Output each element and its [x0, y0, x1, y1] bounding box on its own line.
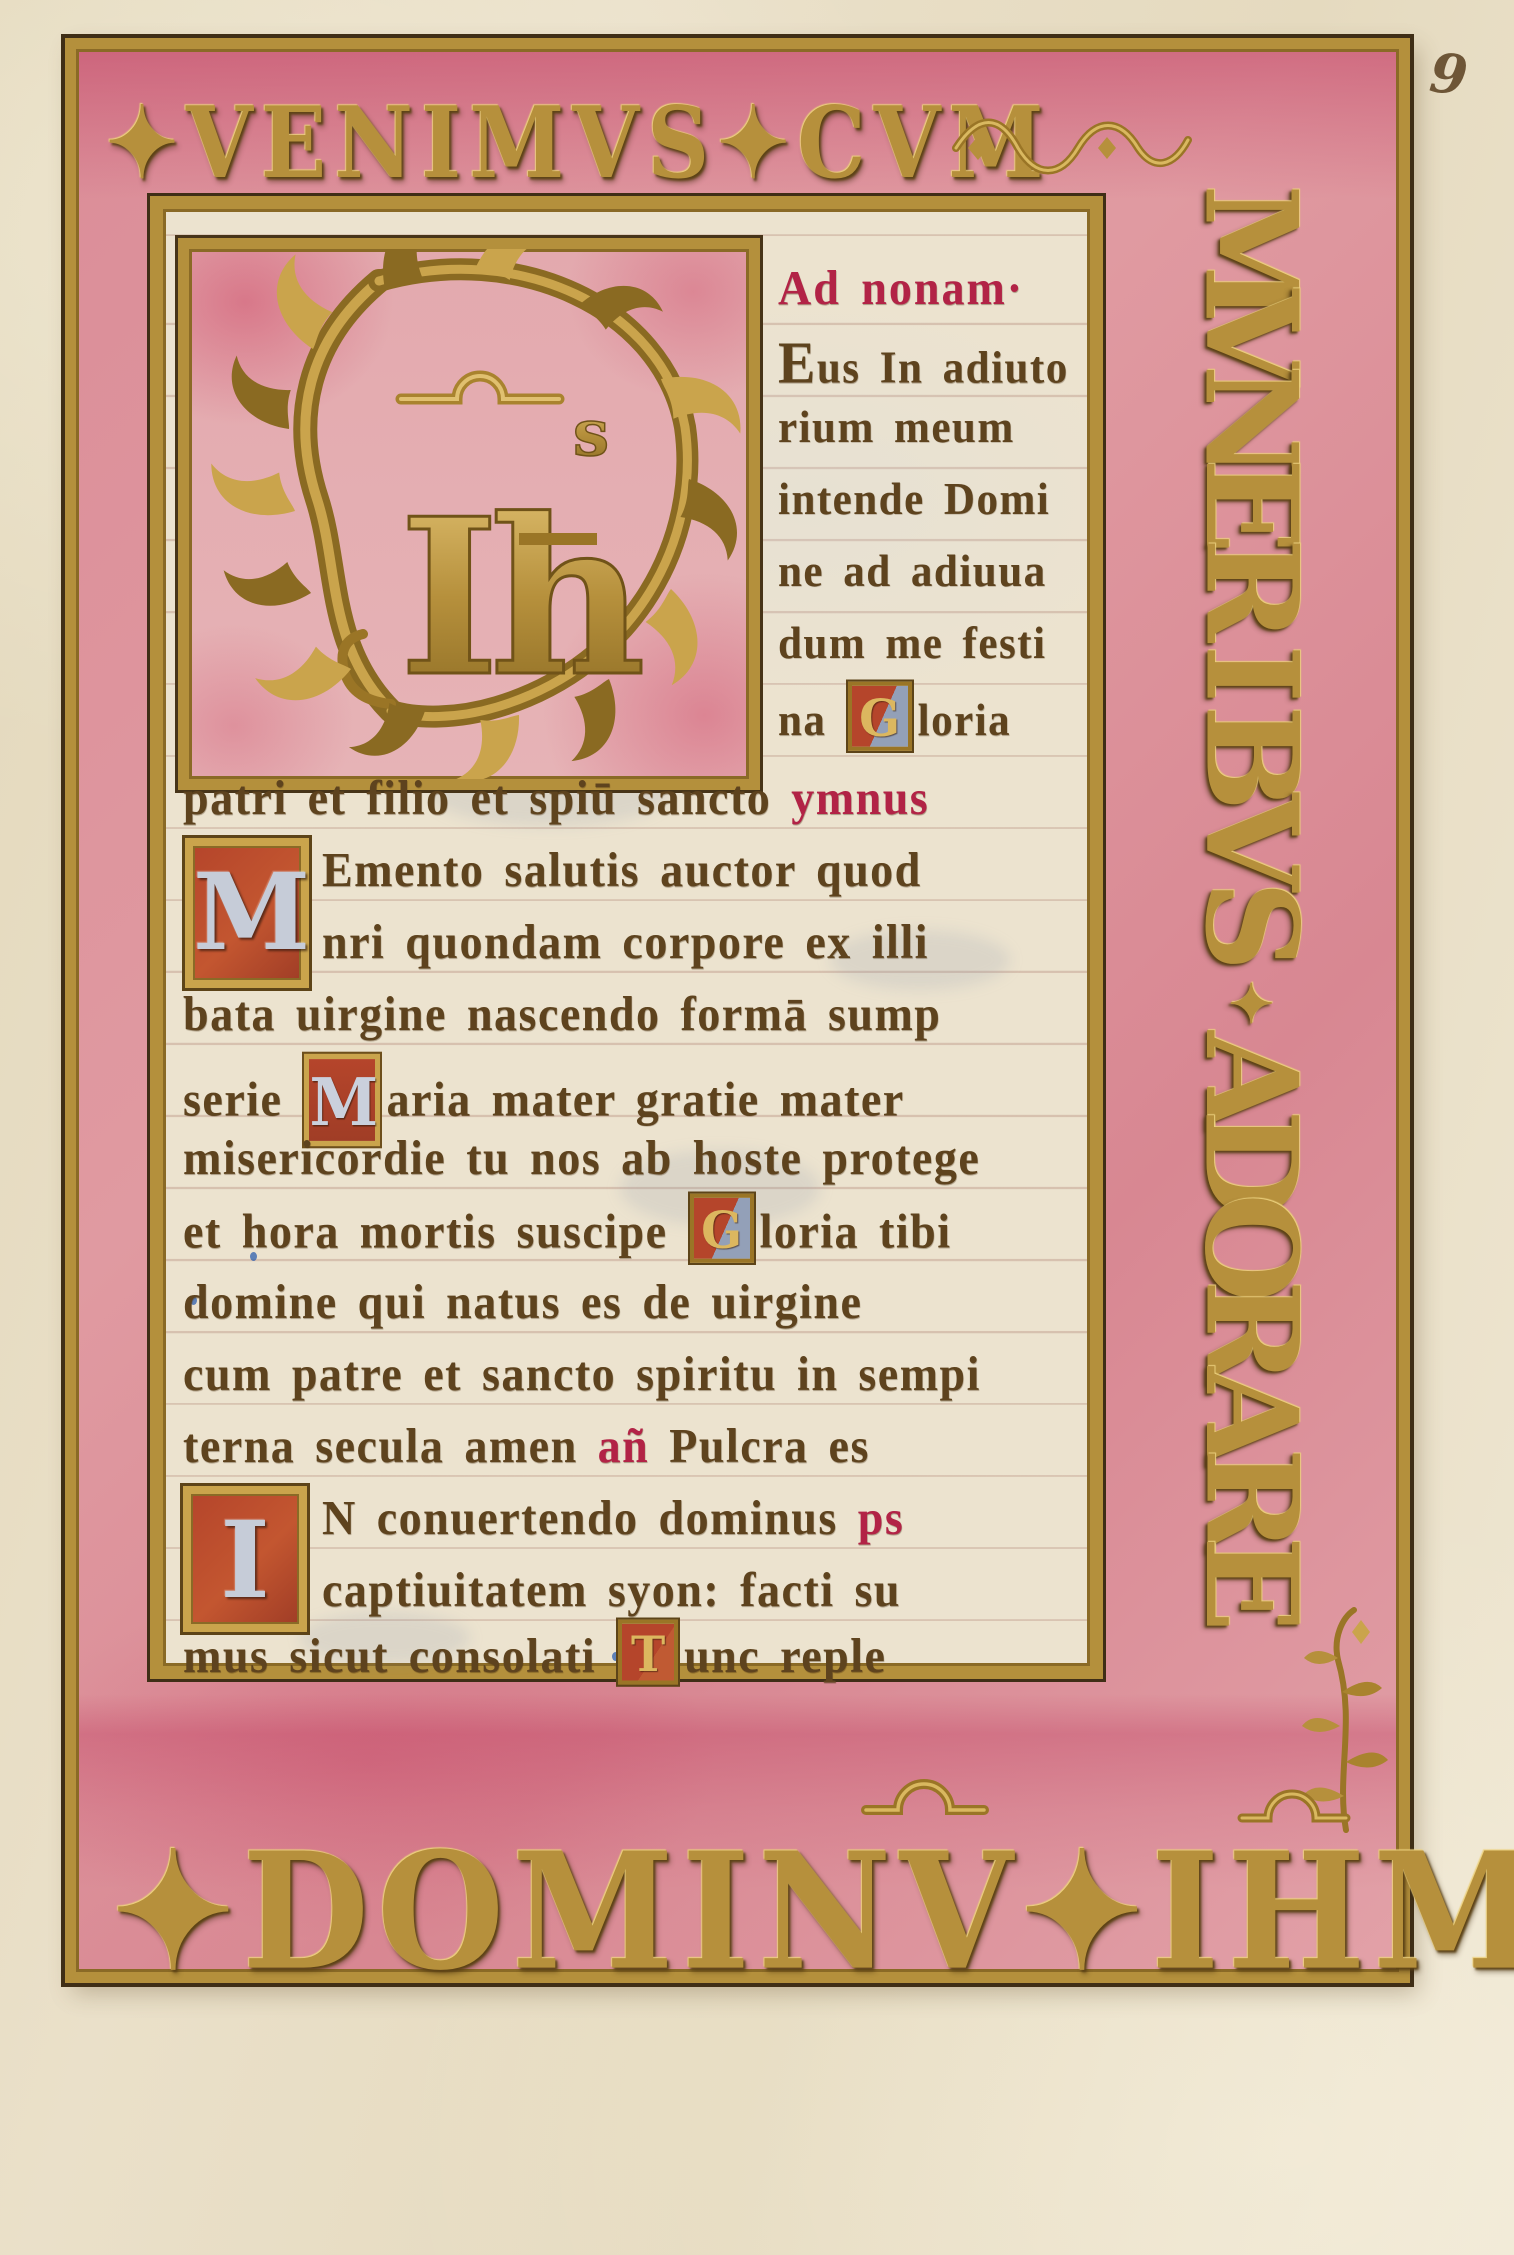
- rubric-psalm: ps: [858, 1491, 904, 1545]
- abbreviation-mark: [1236, 1784, 1352, 1826]
- body-line-15: cum patre et sancto spiritu in sempi: [183, 1346, 1105, 1413]
- column-line-4: ne ad adiuua: [778, 546, 1108, 613]
- rubric-ymnus: ymnus: [791, 771, 929, 825]
- bottom-border-text: ✦DOMINV✦IHM: [112, 1818, 1514, 2006]
- foliate-initial-d: s Ih: [189, 249, 749, 779]
- decorated-initial-g: G: [848, 682, 912, 751]
- column-line-2: rium meum: [778, 402, 1108, 469]
- illuminated-initial-d-panel: s Ih: [178, 238, 760, 790]
- knotwork-flourish: [948, 104, 1198, 184]
- folio-number: 9: [1427, 40, 1471, 108]
- body-line-9: nri quondam corpore ex illi: [322, 914, 1105, 981]
- top-border-text: ✦VENIMVS✦CVM: [106, 86, 1052, 201]
- body-line-7: patri et filio et spiū sancto ymnus: [183, 770, 1105, 837]
- body-line-8: Emento salutis auctor quod: [322, 842, 1105, 909]
- body-line-12: misericordie tu nos ab hoste protege: [183, 1130, 1105, 1197]
- body-line-14: domine qui natus es de uirgine: [183, 1274, 1105, 1341]
- column-line-5: dum me festi: [778, 618, 1108, 685]
- body-line-11: serie Maria mater gratie mater: [183, 1058, 1105, 1125]
- body-line-10: bata uirgine nascendo formā sump: [183, 986, 1105, 1053]
- rubric-antiphon: añ: [598, 1419, 670, 1473]
- body-line-16: terna secula amen añ Pulcra es: [183, 1418, 1105, 1485]
- decorated-initial-g: G: [690, 1194, 754, 1263]
- decorated-initial-t: T: [618, 1620, 678, 1685]
- column-line-3: intende Domi: [778, 474, 1108, 541]
- body-line-19: mus sicut consolati Tunc reple: [183, 1628, 1105, 1695]
- ihs-monogram: s Ih: [399, 376, 642, 724]
- svg-text:Ih: Ih: [399, 471, 642, 724]
- rubric-ad-nonam: Ad nonam·: [778, 260, 1108, 327]
- body-line-13: et hora mortis suscipe Gloria tibi: [183, 1202, 1105, 1269]
- body-line-17: N conuertendo dominus ps: [322, 1490, 1105, 1557]
- svg-text:s: s: [573, 396, 609, 471]
- abbreviation-mark: [860, 1772, 992, 1818]
- decorated-initial-m: M: [185, 838, 309, 988]
- decorated-initial-i: I: [183, 1486, 307, 1632]
- manuscript-page: 9 ✦VENIMVS✦CVM MVNERIBVS✦ADORARE ✦DOMINV…: [0, 0, 1514, 2255]
- column-line-6: na Gloria: [778, 690, 1108, 757]
- right-border-text: MVNERIBVS✦ADORARE: [1116, 212, 1386, 1650]
- body-line-18: captiuitatem syon: facti su: [322, 1562, 1105, 1629]
- column-line-1: Eus In adiuto: [778, 330, 1108, 397]
